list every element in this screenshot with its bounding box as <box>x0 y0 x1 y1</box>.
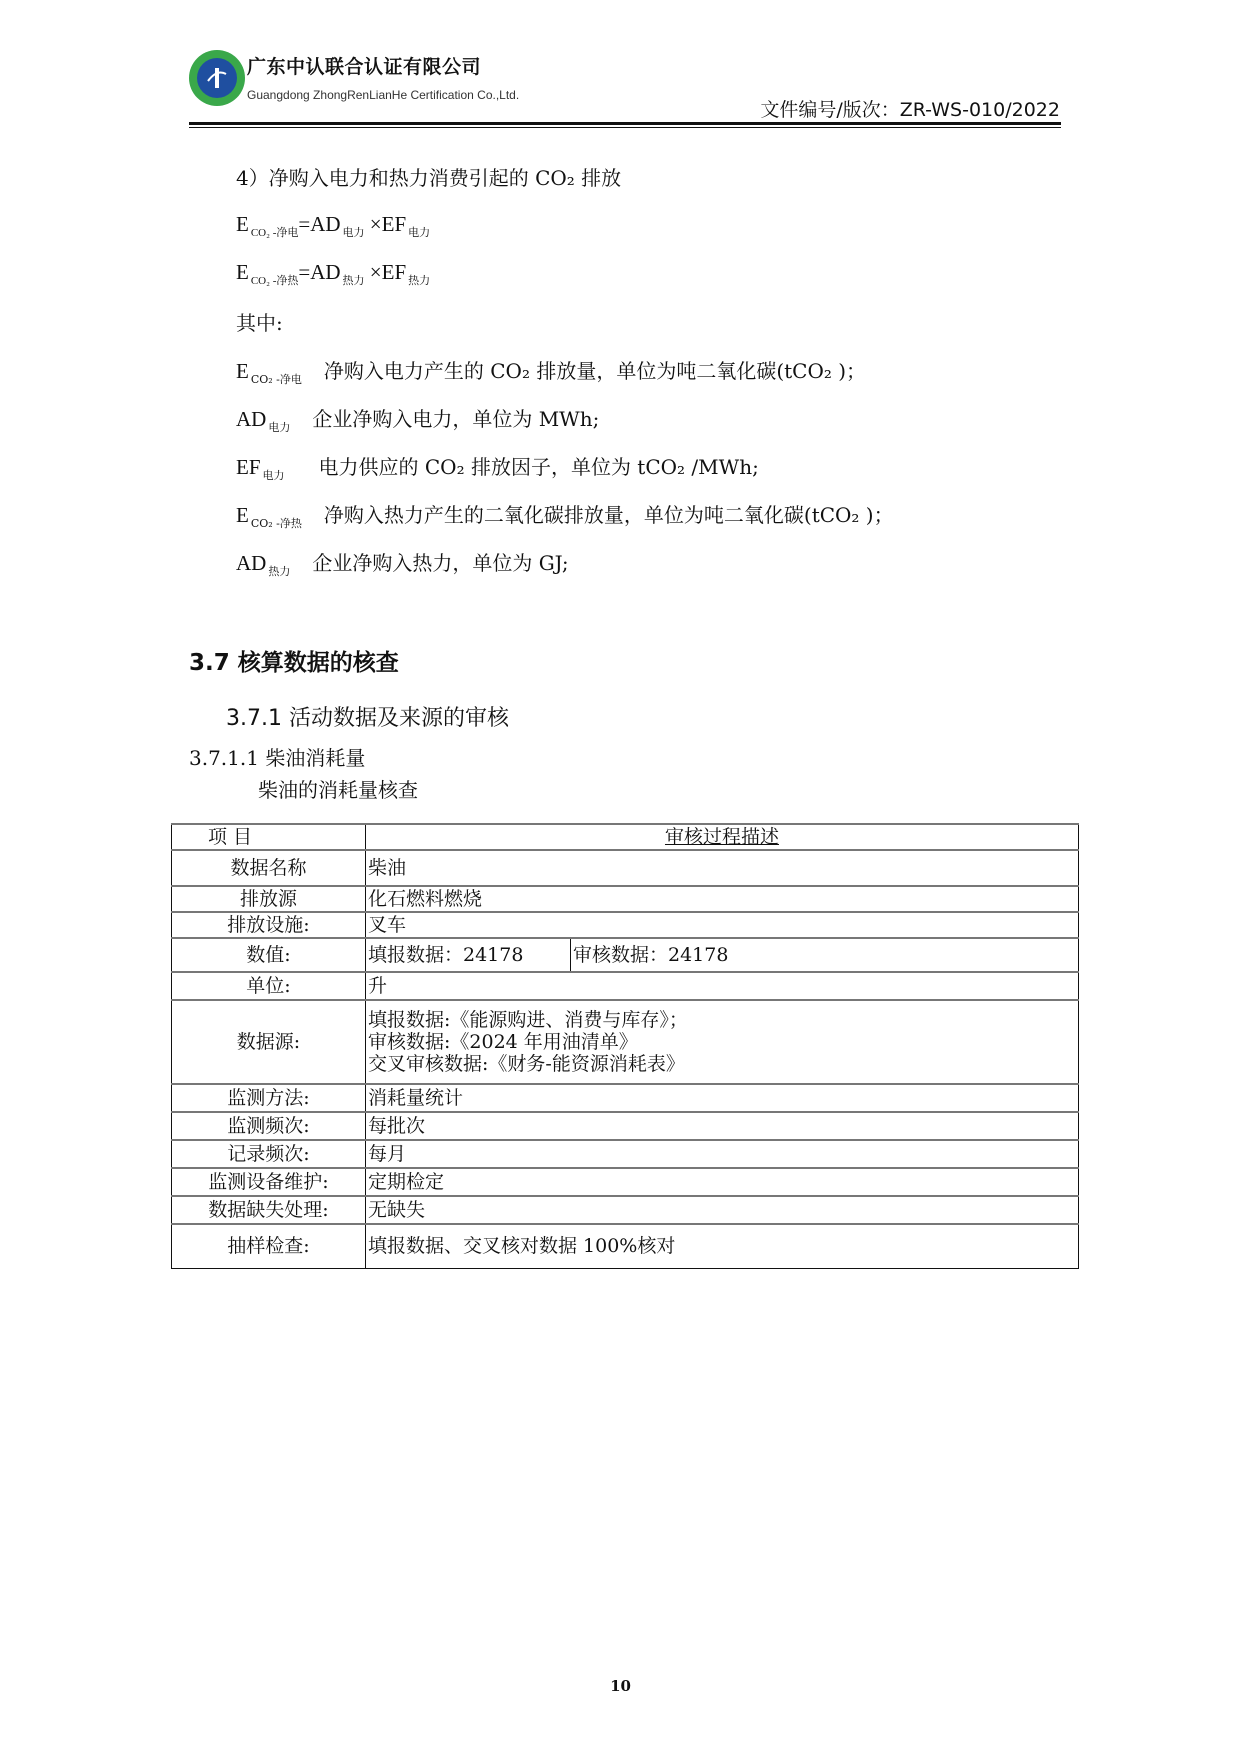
verified-value: 审核数据：24178 <box>571 938 1079 972</box>
diesel-audit-table: 项 目 审核过程描述 数据名称 柴油 排放源 化石燃料燃烧 排放设施: 叉车 数… <box>171 823 1079 1269</box>
definition-subscript: CO₂ -净热 <box>251 517 302 530</box>
header-rule-thick <box>189 122 1061 125</box>
table-row: 监测方法: 消耗量统计 <box>172 1084 1079 1112</box>
data-source-line: 审核数据:《2024 年用油清单》 <box>368 1031 1076 1053</box>
section-heading-3-7-1: 3.7.1 活动数据及来源的审核 <box>226 701 509 732</box>
table-row: 监测设备维护: 定期检定 <box>172 1168 1079 1196</box>
definition-symbol: AD <box>236 551 266 575</box>
formula-symbol: E <box>236 260 249 284</box>
row-label: 记录频次: <box>172 1140 366 1168</box>
company-name-cn: 广东中认联合认证有限公司 <box>247 52 481 79</box>
formula-term: =AD <box>298 260 340 284</box>
definition-e-heat: ECO₂ -净热净购入热力产生的二氧化碳排放量，单位为吨二氧化碳(tCO₂ )； <box>236 499 894 528</box>
table-row: 数据缺失处理: 无缺失 <box>172 1196 1079 1224</box>
definition-symbol: E <box>236 503 249 527</box>
formula-term: =AD <box>298 212 340 236</box>
formula-subscript: 热力 <box>343 275 365 287</box>
reported-value: 填报数据：24178 <box>366 938 571 972</box>
definition-subscript: 热力 <box>268 565 290 578</box>
row-label: 监测频次: <box>172 1112 366 1140</box>
table-row: 监测频次: 每批次 <box>172 1112 1079 1140</box>
formula-subscript: 热力 <box>408 275 430 287</box>
header-rule-thin <box>189 127 1061 128</box>
row-label: 监测方法: <box>172 1084 366 1112</box>
table-header-row: 项 目 审核过程描述 <box>172 824 1079 850</box>
item4-title: 4）净购入电力和热力消费引起的 CO₂ 排放 <box>236 162 621 191</box>
header-item: 项 目 <box>172 824 366 850</box>
row-value: 化石燃料燃烧 <box>366 886 1079 912</box>
formula-term: ×EF <box>370 212 406 236</box>
table-row: 记录频次: 每月 <box>172 1140 1079 1168</box>
company-name-en: Guangdong ZhongRenLianHe Certification C… <box>247 88 519 102</box>
row-label: 排放源 <box>172 886 366 912</box>
row-value: 升 <box>366 972 1079 1000</box>
row-label: 排放设施: <box>172 912 366 938</box>
definition-subscript: 电力 <box>268 421 290 434</box>
row-label: 监测设备维护: <box>172 1168 366 1196</box>
formula-subscript: 电力 <box>343 227 365 239</box>
definition-e-electricity: ECO₂ -净电净购入电力产生的 CO₂ 排放量，单位为吨二氧化碳(tCO₂ )… <box>236 355 866 384</box>
row-value: 填报数据:《能源购进、消费与库存》； 审核数据:《2024 年用油清单》 交叉审… <box>366 1000 1079 1084</box>
definition-text: 电力供应的 CO₂ 排放因子，单位为 tCO₂ /MWh; <box>319 455 759 479</box>
definition-symbol: EF <box>236 455 261 479</box>
row-label: 单位: <box>172 972 366 1000</box>
logo-mark-icon <box>204 65 230 91</box>
formula-electricity: ECO₂ -净电=AD电力 ×EF电力 <box>236 212 430 237</box>
definition-subscript: CO₂ -净电 <box>251 373 302 386</box>
table-caption: 柴油的消耗量核查 <box>258 774 418 803</box>
formula-subscript: 电力 <box>408 227 430 239</box>
formula-subscript: CO₂ -净电 <box>251 227 299 239</box>
definition-text: 净购入电力产生的 CO₂ 排放量，单位为吨二氧化碳(tCO₂ )； <box>324 359 866 383</box>
table-row: 数据名称 柴油 <box>172 850 1079 886</box>
definition-symbol: E <box>236 359 249 383</box>
row-label: 数值: <box>172 938 366 972</box>
definition-symbol: AD <box>236 407 266 431</box>
header-description: 审核过程描述 <box>366 824 1079 850</box>
formula-heat: ECO₂ -净热=AD热力 ×EF热力 <box>236 260 430 285</box>
formula-subscript: CO₂ -净热 <box>251 275 299 287</box>
row-label: 数据源: <box>172 1000 366 1084</box>
row-value: 柴油 <box>366 850 1079 886</box>
row-label: 数据名称 <box>172 850 366 886</box>
definition-ef-electricity: EF电力电力供应的 CO₂ 排放因子，单位为 tCO₂ /MWh; <box>236 451 759 480</box>
data-source-line: 填报数据:《能源购进、消费与库存》； <box>368 1009 1076 1031</box>
section-heading-3-7: 3.7 核算数据的核查 <box>189 644 399 677</box>
formula-term: ×EF <box>370 260 406 284</box>
table-row: 数值: 填报数据：24178 审核数据：24178 <box>172 938 1079 972</box>
row-label: 数据缺失处理: <box>172 1196 366 1224</box>
definition-text: 企业净购入热力，单位为 GJ; <box>312 551 568 575</box>
table-row: 排放源 化石燃料燃烧 <box>172 886 1079 912</box>
table-row: 数据源: 填报数据:《能源购进、消费与库存》； 审核数据:《2024 年用油清单… <box>172 1000 1079 1084</box>
row-value: 无缺失 <box>366 1196 1079 1224</box>
company-logo-icon <box>189 50 245 106</box>
table-row: 抽样检查: 填报数据、交叉核对数据 100%核对 <box>172 1224 1079 1268</box>
row-value: 消耗量统计 <box>366 1084 1079 1112</box>
definition-text: 企业净购入电力，单位为 MWh; <box>312 407 599 431</box>
section-heading-3-7-1-1: 3.7.1.1 柴油消耗量 <box>189 742 365 771</box>
table-row: 单位: 升 <box>172 972 1079 1000</box>
definition-ad-electricity: AD电力企业净购入电力，单位为 MWh; <box>236 403 599 432</box>
document-number: 文件编号/版次：ZR-WS-010/2022 <box>760 95 1060 122</box>
row-value: 每批次 <box>366 1112 1079 1140</box>
row-label: 抽样检查: <box>172 1224 366 1268</box>
row-value: 叉车 <box>366 912 1079 938</box>
row-value: 定期检定 <box>366 1168 1079 1196</box>
definition-text: 净购入热力产生的二氧化碳排放量，单位为吨二氧化碳(tCO₂ )； <box>324 503 894 527</box>
formula-symbol: E <box>236 212 249 236</box>
data-source-line: 交叉审核数据:《财务-能资源消耗表》 <box>368 1053 1076 1075</box>
where-label: 其中: <box>236 307 283 336</box>
logo-emblem <box>197 58 237 98</box>
page-number: 10 <box>0 1677 1241 1695</box>
row-value: 每月 <box>366 1140 1079 1168</box>
definition-ad-heat: AD热力企业净购入热力，单位为 GJ; <box>236 547 569 576</box>
row-value: 填报数据、交叉核对数据 100%核对 <box>366 1224 1079 1268</box>
table-row: 排放设施: 叉车 <box>172 912 1079 938</box>
definition-subscript: 电力 <box>263 469 285 482</box>
